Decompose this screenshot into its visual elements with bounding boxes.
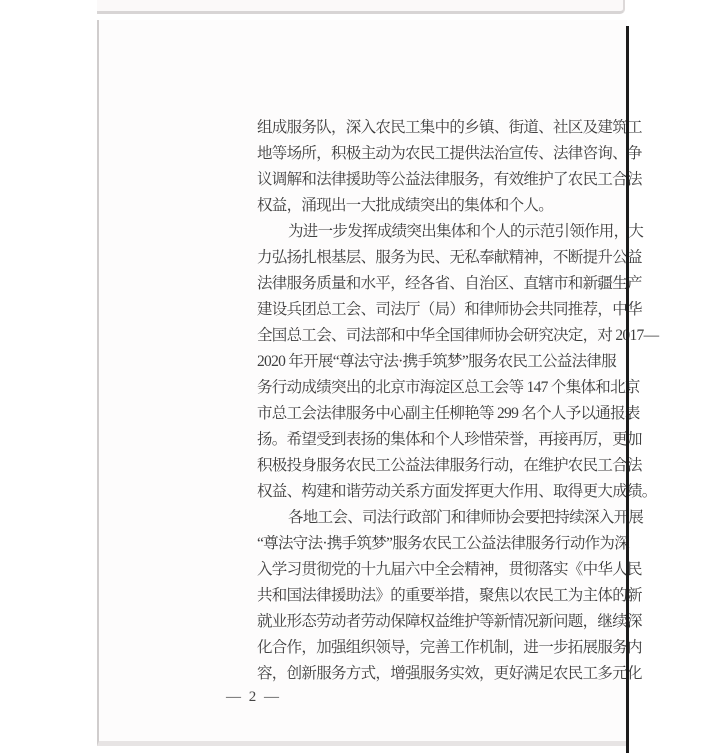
document-body: 组成服务队，深入农民工集中的乡镇、街道、社区及建筑工 地等场所，积极主动为农民工… [257, 115, 665, 687]
text-line: 议调解和法律援助等公益法律服务，有效维护了农民工合法 [257, 167, 665, 193]
page-number: — 2 — [226, 689, 281, 706]
text-line: 权益，涌现出一大批成绩突出的集体和个人。 [257, 193, 665, 219]
document-page: 组成服务队，深入农民工集中的乡镇、街道、社区及建筑工 地等场所，积极主动为农民工… [97, 20, 627, 746]
text-line: 扬。希望受到表扬的集体和个人珍惜荣誉，再接再厉，更加 [257, 427, 665, 453]
text-line: 全国总工会、司法部和中华全国律师协会研究决定，对 2017— [257, 323, 665, 349]
text-line: 入学习贯彻党的十九届六中全会精神，贯彻落实《中华人民 [257, 557, 665, 583]
text-line: “尊法守法·携手筑梦”服务农民工公益法律服务行动作为深 [257, 531, 665, 557]
text-line: 力弘扬扎根基层、服务为民、无私奉献精神，不断提升公益 [257, 245, 665, 271]
text-line: 就业形态劳动者劳动保障权益维护等新情况新问题，继续深 [257, 609, 665, 635]
text-line: 法律服务质量和水平，经各省、自治区、直辖市和新疆生产 [257, 271, 665, 297]
text-line: 容，创新服务方式，增强服务实效，更好满足农民工多元化 [257, 661, 665, 687]
text-line: 建设兵团总工会、司法厅（局）和律师协会共同推荐，中华 [257, 297, 665, 323]
text-line: 地等场所，积极主动为农民工提供法治宣传、法律咨询、争 [257, 141, 665, 167]
text-line: 务行动成绩突出的北京市海淀区总工会等 147 个集体和北京 [257, 375, 665, 401]
page-right-scan-shadow [626, 26, 629, 753]
text-line: 2020 年开展“尊法守法·携手筑梦”服务农民工公益法律服 [257, 349, 665, 375]
scanned-document-screenshot: 组成服务队，深入农民工集中的乡镇、街道、社区及建筑工 地等场所，积极主动为农民工… [0, 0, 724, 753]
previous-page-bottom-edge [97, 0, 625, 14]
text-line: 组成服务队，深入农民工集中的乡镇、街道、社区及建筑工 [257, 115, 665, 141]
text-line: 市总工会法律服务中心副主任柳艳等 299 名个人予以通报表 [257, 401, 665, 427]
text-line: 各地工会、司法行政部门和律师协会要把持续深入开展 [257, 505, 665, 531]
text-line: 为进一步发挥成绩突出集体和个人的示范引领作用，大 [257, 219, 665, 245]
text-line: 共和国法律援助法》的重要举措，聚焦以农民工为主体的新 [257, 583, 665, 609]
text-line: 积极投身服务农民工公益法律服务行动，在维护农民工合法 [257, 453, 665, 479]
text-line: 化合作，加强组织领导，完善工作机制，进一步拓展服务内 [257, 635, 665, 661]
text-line: 权益、构建和谐劳动关系方面发挥更大作用、取得更大成绩。 [257, 479, 665, 505]
